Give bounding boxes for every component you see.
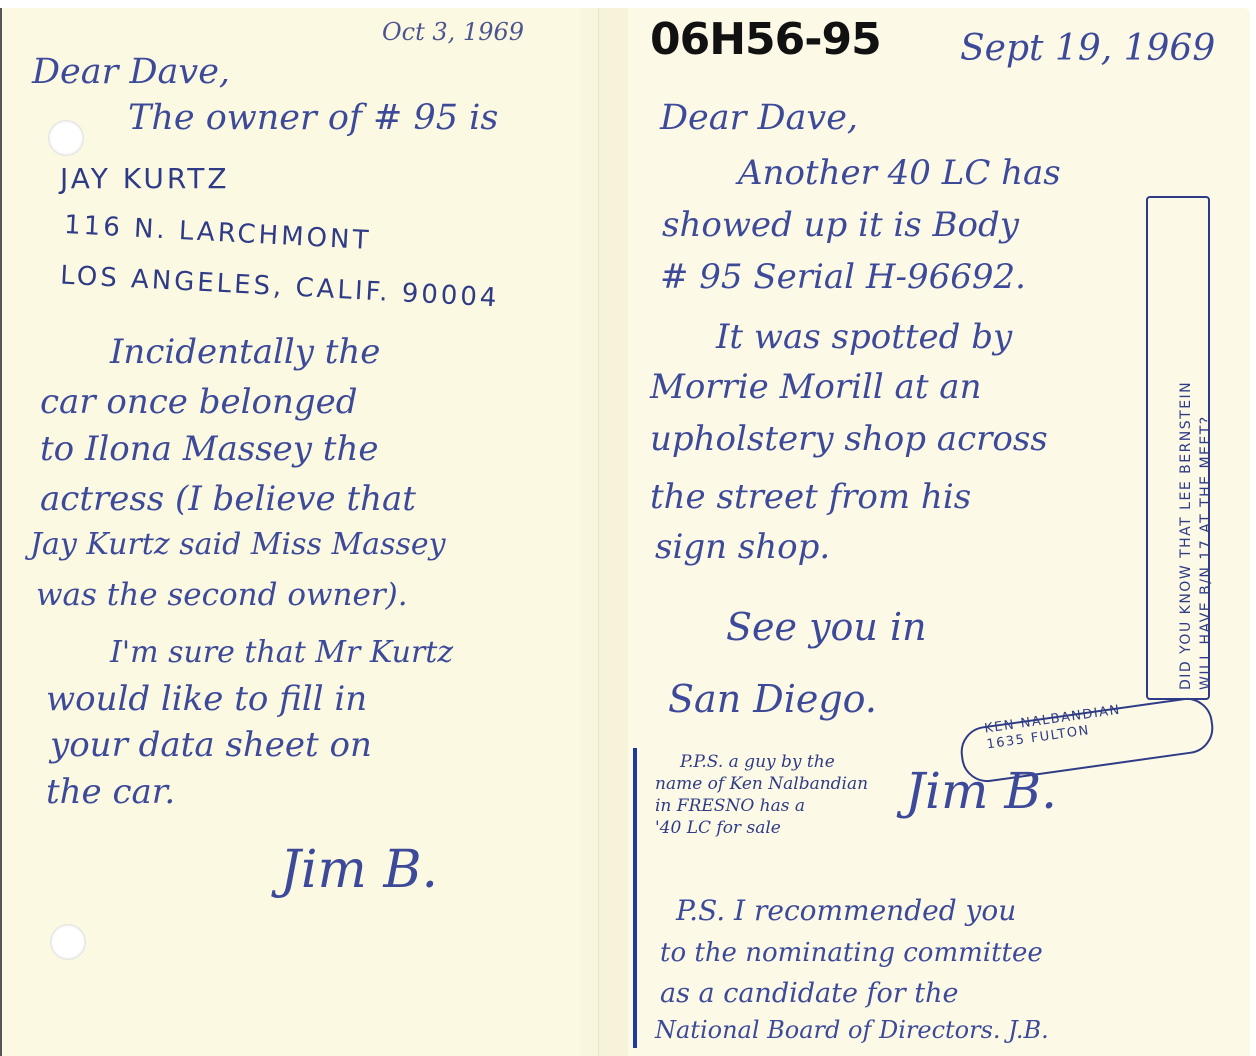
address-name: JAY KURTZ: [60, 162, 230, 195]
body-line: sign shop.: [655, 530, 830, 564]
punch-hole-top: [48, 120, 84, 156]
left-signature: Jim B.: [280, 840, 438, 900]
body-line: Another 40 LC has: [738, 156, 1061, 190]
ps-line: P.S. I recommended you: [676, 894, 1016, 927]
card-fold-divider: [598, 8, 630, 1056]
body-line: showed up it is Body: [662, 208, 1019, 242]
body-line: # 95 Serial H-96692.: [660, 260, 1026, 294]
pps-line: P.P.S. a guy by the: [680, 752, 835, 772]
side-note-text: DID YOU KNOW THAT LEE BERNSTEIN WILL HAV…: [1176, 381, 1216, 690]
right-date: Sept 19, 1969: [960, 28, 1215, 69]
body-line: your data sheet on: [50, 728, 372, 762]
body-line: the street from his: [650, 480, 971, 514]
body-line: See you in: [726, 608, 927, 646]
body-line: Jay Kurtz said Miss Massey: [30, 530, 446, 560]
body-line: I'm sure that Mr Kurtz: [110, 638, 453, 668]
body-line: the car.: [46, 775, 175, 809]
pps-line: '40 LC for sale: [655, 818, 781, 838]
body-line: actress (I believe that: [40, 482, 416, 516]
body-line: Morrie Morill at an: [650, 370, 981, 404]
body-line: It was spotted by: [716, 320, 1012, 354]
body-line: was the second owner).: [36, 580, 408, 611]
body-line: to Ilona Massey the: [40, 432, 379, 466]
right-signature: Jim B.: [905, 762, 1057, 820]
left-salutation: Dear Dave,: [32, 52, 230, 92]
body-line: upholstery shop across: [650, 422, 1048, 456]
ps-line: to the nominating committee: [660, 938, 1043, 968]
body-line: Incidentally the: [110, 335, 380, 369]
punch-hole-bottom: [50, 924, 86, 960]
body-line: would like to fill in: [46, 682, 367, 716]
side-note-line: WILL HAVE B/N 17 AT THE MEET?: [1196, 381, 1216, 690]
pps-line: name of Ken Nalbandian: [655, 774, 868, 794]
body-line: car once belonged: [40, 385, 358, 419]
reference-number: 06H56-95: [650, 14, 881, 65]
pps-line: in FRESNO has a: [655, 796, 805, 816]
body-line: San Diego.: [668, 680, 877, 718]
left-date: Oct 3, 1969: [382, 18, 524, 46]
left-intro-line: The owner of # 95 is: [128, 98, 498, 138]
ps-line: as a candidate for the: [660, 978, 959, 1009]
ps-line: National Board of Directors. J.B.: [655, 1016, 1049, 1044]
card-edge-shadow: [580, 8, 598, 1056]
margin-bracket-mark: [633, 748, 647, 1048]
side-note-line: DID YOU KNOW THAT LEE BERNSTEIN: [1176, 381, 1196, 690]
right-salutation: Dear Dave,: [660, 98, 858, 138]
